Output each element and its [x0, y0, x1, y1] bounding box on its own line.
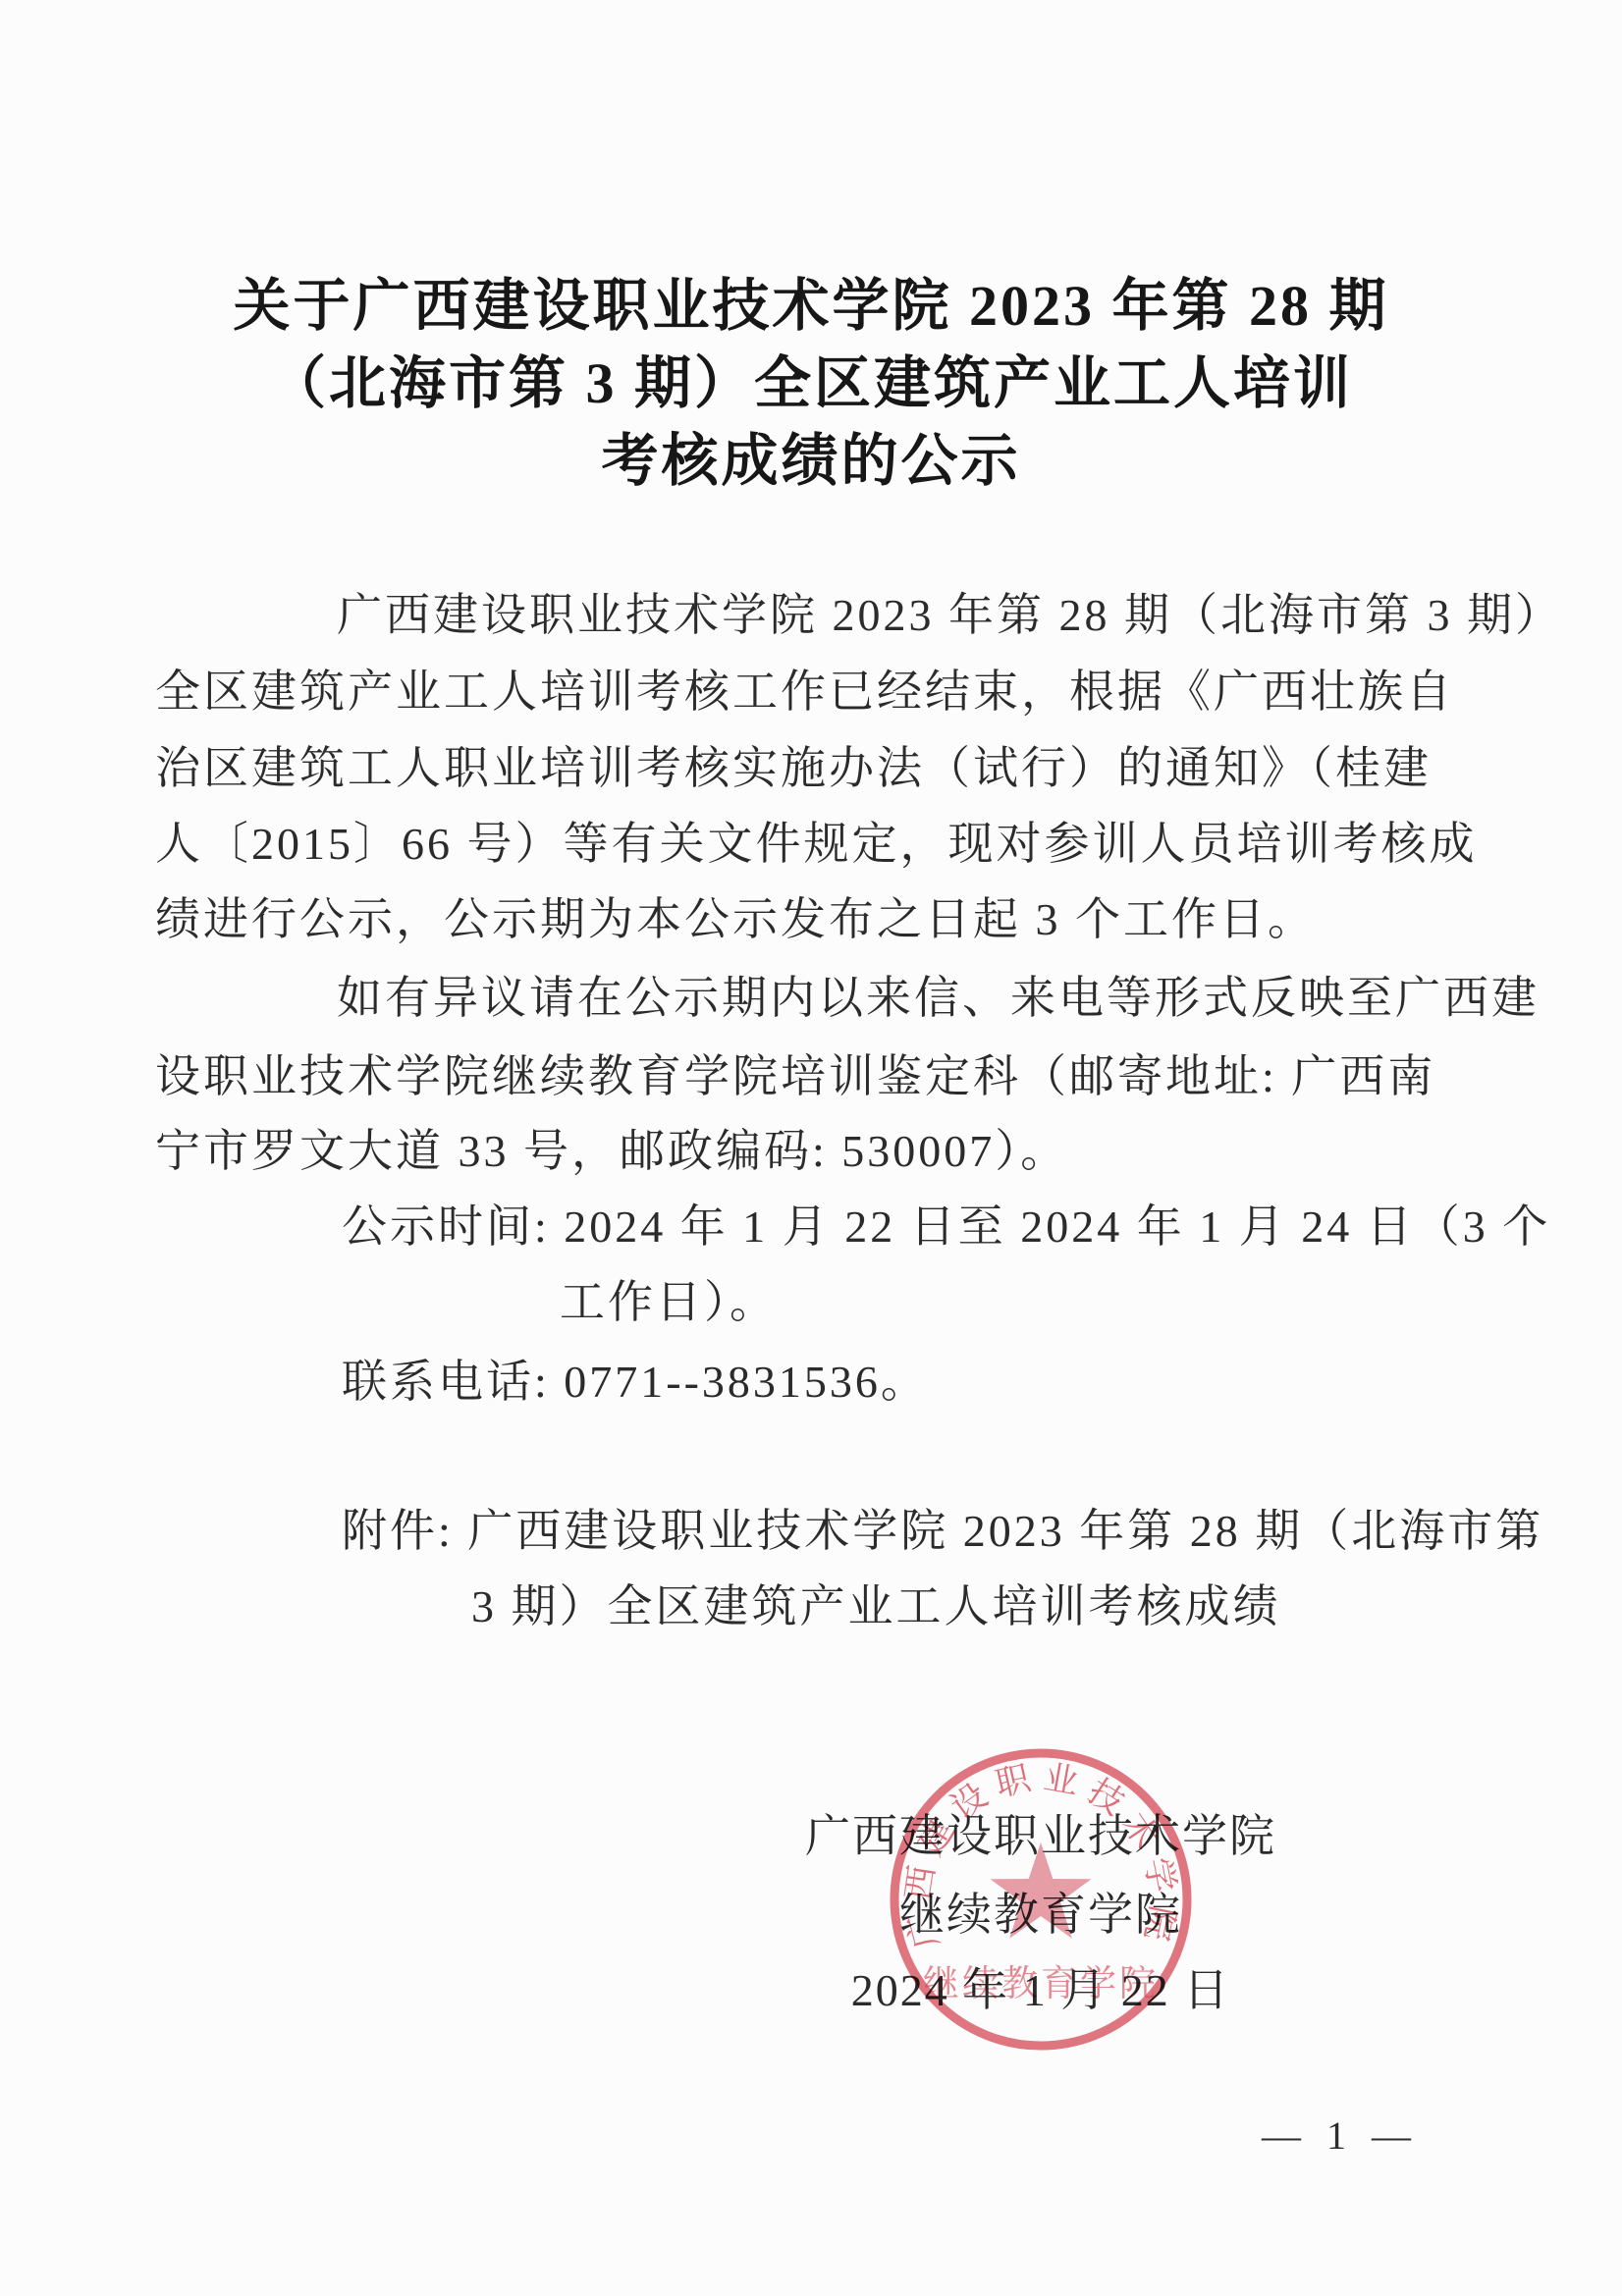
body-line: 绩进行公示，公示期为本公示发布之日起 3 个工作日。	[155, 889, 1316, 950]
publicity-period-line: 公示时间: 2024 年 1 月 22 日至 2024 年 1 月 24 日（3…	[342, 1197, 1550, 1257]
document-title: 关于广西建设职业技术学院 2023 年第 28 期 （北海市第 3 期）全区建筑…	[0, 267, 1622, 500]
signature-dept: 继续教育学院	[746, 1885, 1335, 1946]
publicity-period-line: 工作日）。	[560, 1272, 778, 1333]
body-line: 广西建设职业技术学院 2023 年第 28 期（北海市第 3 期）	[337, 585, 1563, 646]
title-line-1: 关于广西建设职业技术学院 2023 年第 28 期	[0, 267, 1622, 345]
document-page: 关于广西建设职业技术学院 2023 年第 28 期 （北海市第 3 期）全区建筑…	[0, 0, 1622, 2296]
body-line: 人〔2015〕66 号）等有关文件规定，现对参训人员培训考核成	[155, 814, 1478, 875]
attachment-line: 附件: 广西建设职业技术学院 2023 年第 28 期（北海市第	[342, 1501, 1543, 1562]
body-line: 设职业技术学院继续教育学院培训鉴定科（邮寄地址: 广西南	[155, 1046, 1435, 1107]
body-line: 治区建筑工人职业培训考核实施办法（试行）的通知》（桂建	[155, 738, 1432, 799]
body-line: 宁市罗文大道 33 号，邮政编码: 530007）。	[155, 1121, 1068, 1182]
attachment-line: 3 期）全区建筑产业工人培训考核成绩	[471, 1576, 1281, 1637]
signature-date: 2024 年 1 月 22 日	[746, 1960, 1335, 2021]
body-line: 如有异议请在公示期内以来信、来电等形式反映至广西建	[337, 968, 1540, 1029]
signature-org: 广西建设职业技术学院	[746, 1806, 1335, 1867]
page-number: — 1 —	[1237, 2112, 1443, 2159]
title-line-3: 考核成绩的公示	[0, 422, 1622, 500]
contact-phone-line: 联系电话: 0771--3831536。	[342, 1352, 929, 1413]
title-line-2: （北海市第 3 期）全区建筑产业工人培训	[0, 345, 1622, 422]
body-line: 全区建筑产业工人培训考核工作已经结束，根据《广西壮族自	[155, 662, 1454, 722]
